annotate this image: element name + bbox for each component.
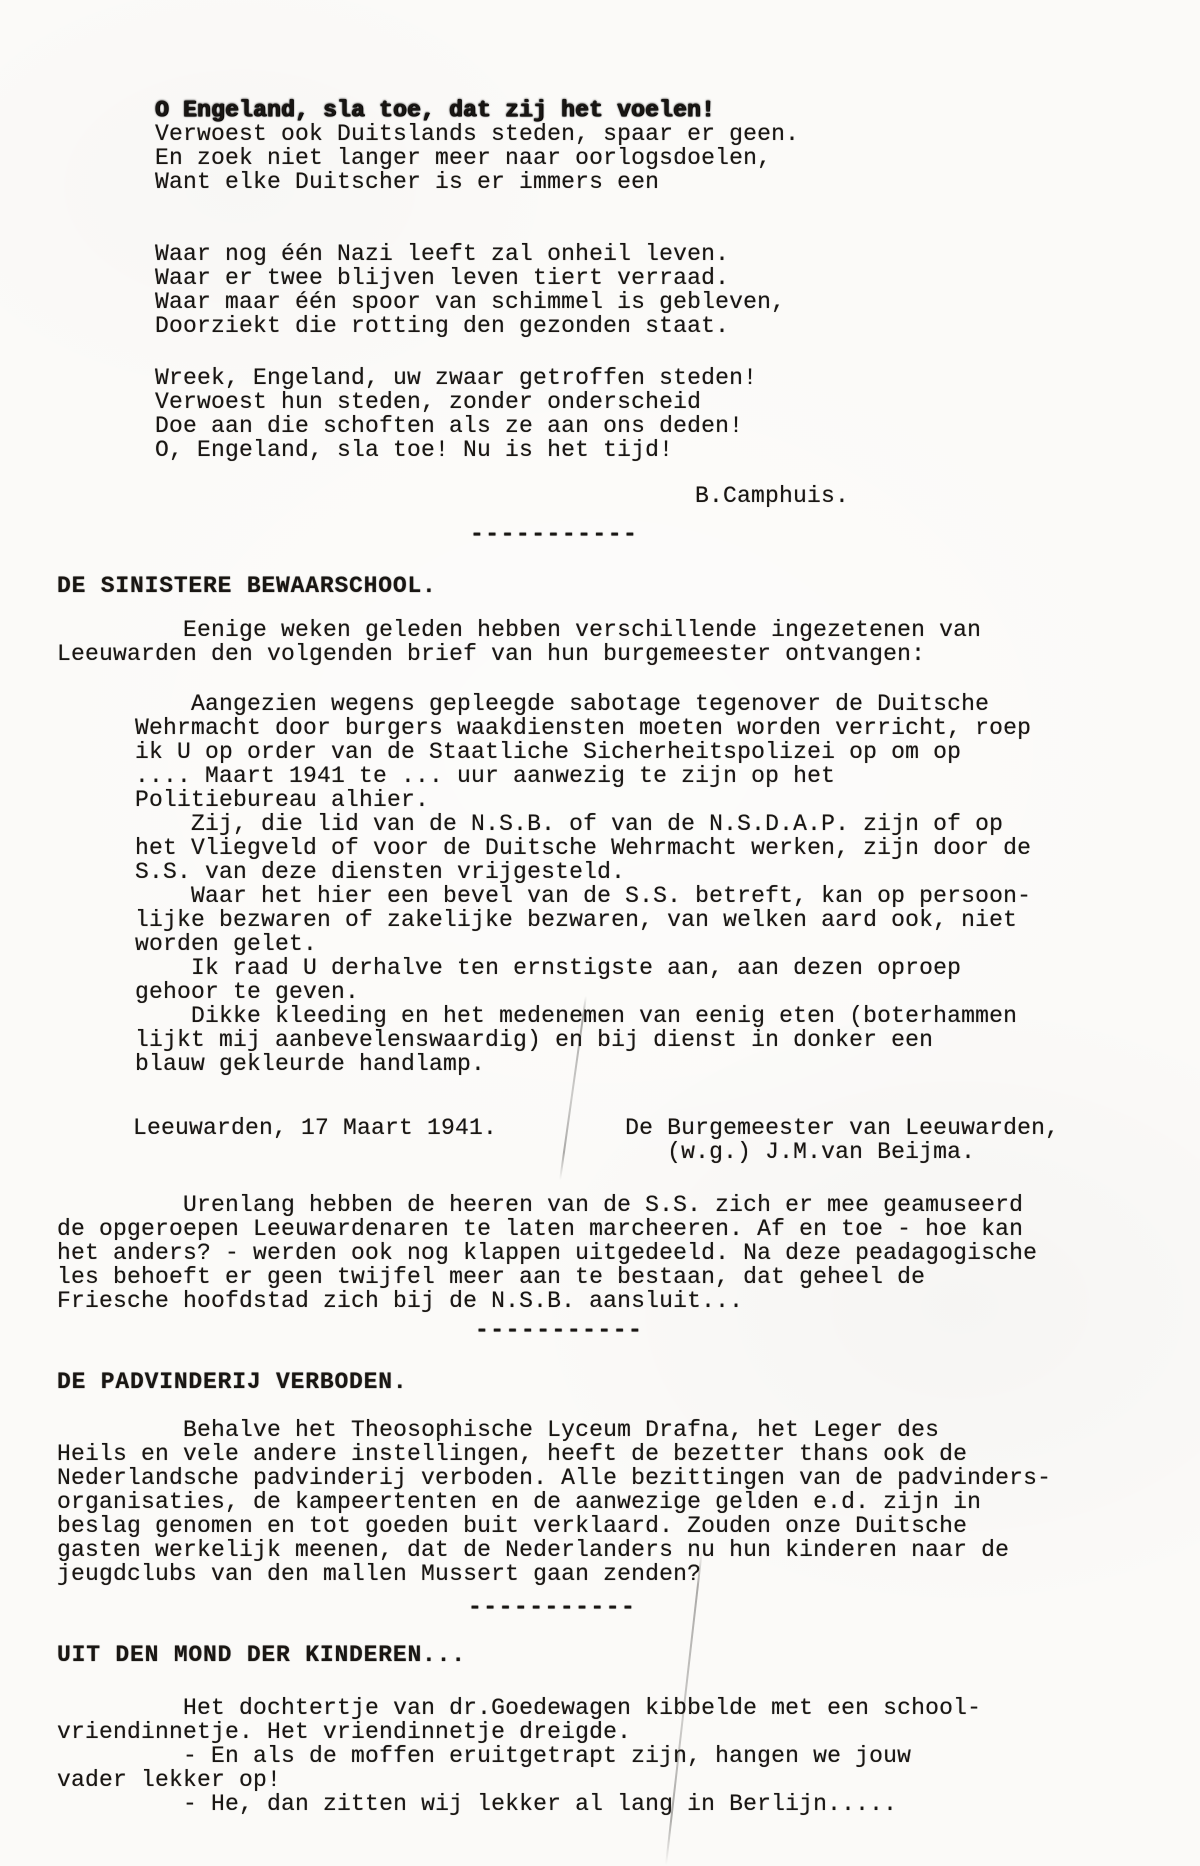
heading-uit-den-mond-der-kinderen: UIT DEN MOND DER KINDEREN... bbox=[57, 1643, 1167, 1667]
letter-signature: De Burgemeester van Leeuwarden, (w.g.) J… bbox=[625, 1116, 1059, 1164]
document-page: O Engeland, sla toe, dat zij het voelen!… bbox=[0, 0, 1200, 1866]
poem-block: O Engeland, sla toe, dat zij het voelen!… bbox=[155, 98, 1167, 462]
poem-stanza-3: Wreek, Engeland, uw zwaar getroffen sted… bbox=[155, 366, 1167, 462]
poem-author: B.Camphuis. bbox=[695, 484, 1167, 508]
dashed-separator-1: ----------- bbox=[470, 522, 1167, 546]
poem-title: O Engeland, sla toe, dat zij het voelen! bbox=[155, 98, 1167, 122]
typewritten-content: O Engeland, sla toe, dat zij het voelen!… bbox=[57, 0, 1167, 1816]
heading-padvinderij-verboden: DE PADVINDERIJ VERBODEN. bbox=[57, 1370, 1167, 1394]
padvinderij-paragraph: Behalve het Theosophische Lyceum Drafna,… bbox=[57, 1418, 1167, 1586]
bewaarschool-commentary-paragraph: Urenlang hebben de heeren van de S.S. zi… bbox=[57, 1193, 1167, 1313]
bewaarschool-intro-paragraph: Eenige weken geleden hebben verschillend… bbox=[57, 618, 1167, 666]
letter-date-signature-row: Leeuwarden, 17 Maart 1941. De Burgemeest… bbox=[57, 1116, 1167, 1164]
poem-stanza-1: Verwoest ook Duitslands steden, spaar er… bbox=[155, 122, 1167, 194]
poem-stanza-2: Waar nog één Nazi leeft zal onheil leven… bbox=[155, 242, 1167, 338]
burgemeester-letter-body: Aangezien wegens gepleegde sabotage tege… bbox=[135, 692, 1167, 1076]
heading-sinistere-bewaarschool: DE SINISTERE BEWAARSCHOOL. bbox=[57, 574, 1167, 598]
dashed-separator-3: ----------- bbox=[468, 1595, 1167, 1619]
kinderen-paragraph: Het dochtertje van dr.Goedewagen kibbeld… bbox=[57, 1696, 1167, 1816]
letter-date-line: Leeuwarden, 17 Maart 1941. bbox=[133, 1116, 497, 1140]
dashed-separator-2: ----------- bbox=[475, 1318, 1167, 1342]
